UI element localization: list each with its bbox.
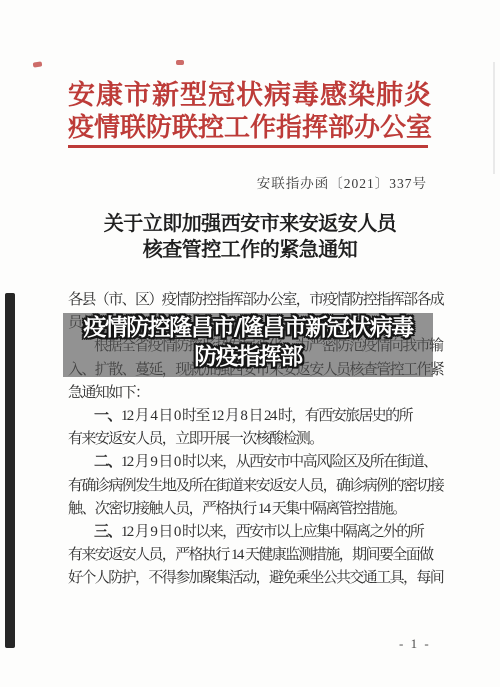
text-line-content: 有来安返安人员，严格执行 14 天健康监测措施，期间要全面做 [68,547,433,563]
scan-artifact-speck [176,60,184,65]
text-line-content: 触、次密切接触人员，严格执行 14 天集中隔离管控措施。 [68,501,406,517]
text-line-content: 有确诊病例发生地及所在街道来安返安人员，确诊病例的密切接 [68,478,443,494]
scan-edge-bar [5,293,15,648]
document-number: 安联指办函〔2021〕337号 [257,172,427,192]
document-text-line: 各县（市、区）疫情防控指挥部办公室，市疫情防控指挥部各成 [68,289,436,312]
paragraph-marker: 二、 [94,454,121,470]
document-text-line: 触、次密切接触人员，严格执行 14 天集中隔离管控措施。 [68,498,436,521]
watermark-caption-line-2: 防疫指挥部 [63,343,433,372]
document-text-line: 有来安返安人员，严格执行 14 天健康监测措施，期间要全面做 [68,544,436,567]
document-text-line: 急通知如下： [68,382,436,405]
document-text-line: 有来安返安人员，立即开展一次核酸检测。 [68,428,436,451]
document-text-line: 二、12 月 9 日 0 时以来，从西安市中高风险区及所在街道、 [68,451,436,474]
scanned-document-page: 安康市新型冠状病毒感染肺炎 疫情联防联控工作指挥部办公室 安联指办函〔2021〕… [0,0,500,687]
letterhead-divider [68,145,428,148]
paragraph-marker: 一、 [94,408,121,424]
watermark-caption: 疫情防控隆昌市/隆昌市新冠状病毒 防疫指挥部 [63,314,433,372]
watermark-caption-line-1: 疫情防控隆昌市/隆昌市新冠状病毒 [63,314,433,343]
text-line-content: 12 月 9 日 0 时以来，从西安市中高风险区及所在街道、 [121,454,437,470]
notice-title-line-2: 核查管控工作的紧急通知 [0,238,500,262]
document-text-line: 一、12 月 4 日 0 时至 12 月 8 日 24 时，有西安旅居史的所 [68,405,436,428]
text-line-content: 有来安返安人员，立即开展一次核酸检测。 [68,431,323,447]
page-number: - 1 - [399,636,431,652]
document-text-line: 好个人防护，不得参加聚集活动，避免乘坐公共交通工具，每间 [68,567,436,590]
letterhead-org-line-2: 疫情联防联控工作指挥部办公室 [0,113,500,143]
text-line-content: 好个人防护，不得参加聚集活动，避免乘坐公共交通工具，每间 [68,570,443,586]
document-text-line: 有确诊病例发生地及所在街道来安返安人员，确诊病例的密切接 [68,475,436,498]
letterhead-org-line-1: 安康市新型冠状病毒感染肺炎 [0,80,500,111]
scan-artifact-speck [33,61,43,67]
text-line-content: 急通知如下： [68,385,148,401]
paragraph-marker: 三、 [94,524,121,540]
text-line-content: 各县（市、区）疫情防控指挥部办公室，市疫情防控指挥部各成 [68,292,443,308]
notice-title-line-1: 关于立即加强西安市来安返安人员 [0,212,500,236]
document-text-line: 三、12 月 9 日 0 时以来，西安市以上应集中隔离之外的所 [68,521,436,544]
text-line-content: 12 月 4 日 0 时至 12 月 8 日 24 时，有西安旅居史的所 [121,408,412,424]
text-line-content: 12 月 9 日 0 时以来，西安市以上应集中隔离之外的所 [121,524,423,540]
